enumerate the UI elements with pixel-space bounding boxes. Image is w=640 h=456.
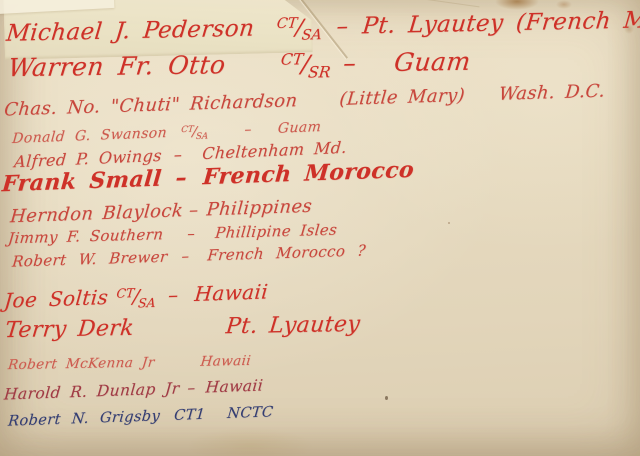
dash: – (335, 15, 349, 39)
rate-abbreviation: CT/SA (115, 285, 157, 310)
dash: – (187, 226, 196, 242)
signer-name: Michael J. Pederson (5, 17, 256, 46)
signature-line: Terry DerkPt. Lyautey (4, 313, 362, 342)
rate-bottom: SA (195, 131, 208, 142)
signature-line: Harold R. Dunlap Jr–Hawaii (3, 377, 264, 402)
duty-station: Wash. D.C. (498, 83, 606, 105)
dash: – (244, 123, 253, 138)
rate-abbreviation: CT/SA (275, 15, 324, 44)
crease-line (361, 0, 480, 7)
dash: – (342, 50, 358, 76)
signature-line: Warren Fr. OttoCT/SR–Guam (6, 49, 472, 85)
duty-station: NCTC (226, 405, 273, 422)
autograph-page: Michael J. PedersonCT/SA–Pt. Lyautey (Fr… (0, 0, 640, 456)
ink-speck (448, 222, 450, 224)
rate-bottom: SR (307, 63, 331, 81)
duty-station: French Morocco (202, 159, 415, 190)
duty-station: Hawaii (200, 354, 252, 369)
signer-name: Donald G. Swanson (12, 126, 168, 147)
duty-station: Philippines (206, 198, 313, 221)
duty-station: Phillipine Isles (214, 223, 338, 242)
signature-line: Joe SoltisCT/SA–Hawaii (3, 281, 269, 314)
dash: – (167, 285, 179, 306)
duty-station: Hawaii (205, 377, 264, 395)
rate-abbreviation: CT/SA (180, 124, 209, 142)
signature-line: Robert McKenna JrHawaii (7, 354, 252, 372)
signer-name: Frank Small (1, 168, 162, 197)
duty-station: Hawaii (194, 282, 269, 306)
dash: – (188, 202, 199, 221)
signer-name: Joe Soltis (3, 287, 109, 312)
signature-line: Robert W. Brewer–French Morocco ? (11, 243, 366, 270)
ink-speck (385, 396, 388, 400)
dash: – (187, 380, 197, 397)
stain (556, 0, 572, 9)
signer-name: Jimmy F. Southern (7, 227, 164, 247)
rate-abbreviation: CT1 (173, 408, 206, 424)
rate-bottom: SA (301, 27, 323, 43)
stain (495, 0, 539, 10)
signer-name: Herndon Blaylock (9, 202, 184, 227)
signature-line: Robert N. GrigsbyCT1NCTC (7, 405, 274, 430)
signer-name: Harold R. Dunlap Jr (3, 380, 180, 402)
duty-station: Guam (393, 49, 472, 76)
dash: – (173, 147, 183, 164)
duty-station: Pt. Lyautey (225, 313, 362, 338)
dash: – (175, 167, 188, 191)
signer-name: Terry Derk (4, 317, 135, 342)
signer-name: Robert W. Brewer (11, 250, 168, 271)
signature-line: Chas. No. "Chuti" Richardson(Little Mary… (3, 83, 606, 121)
dash: – (181, 249, 190, 265)
duty-station: French Morocco ? (207, 243, 367, 264)
rate-bottom: SA (138, 295, 157, 311)
signer-name: Robert McKenna Jr (7, 356, 155, 373)
duty-station: Guam (277, 120, 322, 136)
nickname-note: (Little Mary) (339, 87, 466, 110)
duty-station: Pt. Lyautey (French Morrocco) (361, 6, 640, 38)
signer-name: Warren Fr. Otto (7, 52, 227, 81)
signer-name: Chas. No. "Chuti" Richardson (3, 92, 298, 120)
signer-name: Robert N. Grigsby (7, 409, 160, 430)
rate-abbreviation: CT/SR (279, 51, 333, 81)
